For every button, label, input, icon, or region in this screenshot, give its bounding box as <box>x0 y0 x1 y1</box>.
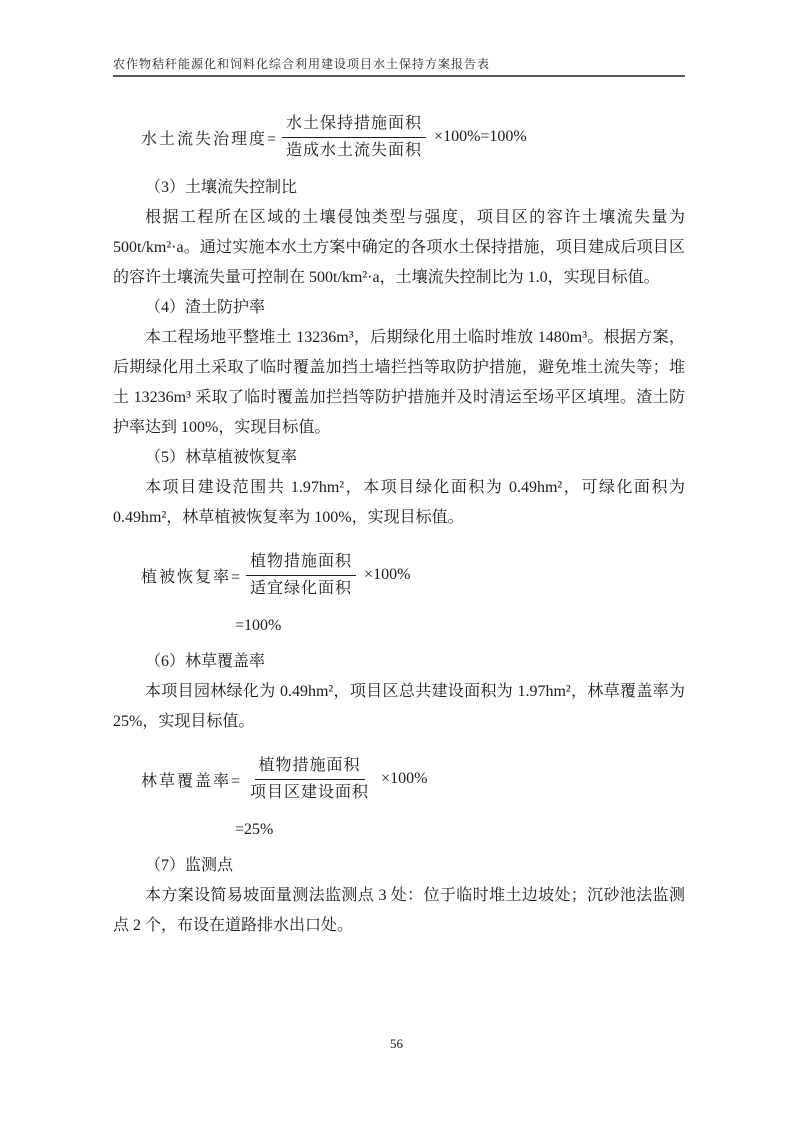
section-paragraph: 本项目园林绿化为 0.49hm²，项目区总共建设面积为 1.97hm²，林草覆盖… <box>113 677 685 737</box>
document-title: 农作物秸秆能源化和饲料化综合利用建设项目水土保持方案报告表 <box>113 57 490 71</box>
section-heading-monitoring-points: （7）监测点 <box>145 851 685 881</box>
formula-label: 水土流失治理度= <box>141 126 278 149</box>
formula-vegetation-recovery-rate: 植被恢复率= 植物措施面积 适宜绿化面积 ×100% <box>141 549 685 601</box>
fraction-denominator: 适宜绿化面积 <box>246 576 356 600</box>
formula-label: 林草覆盖率= <box>141 768 242 791</box>
page-footer: 56 <box>0 1036 793 1052</box>
section-paragraph: 本项目建设范围共 1.97hm²，本项目绿化面积为 0.49hm²，可绿化面积为… <box>113 473 685 533</box>
formula-multiplier: ×100% <box>364 566 410 584</box>
formula-multiplier: ×100%=100% <box>434 128 527 146</box>
formula-result: =100% <box>235 611 685 641</box>
section-heading-vegetation-recovery-rate: （5）林草植被恢复率 <box>145 443 685 473</box>
document-page: 农作物秸秆能源化和饲料化综合利用建设项目水土保持方案报告表 水土流失治理度= 水… <box>0 0 793 1122</box>
section-paragraph: 根据工程所在区域的土壤侵蚀类型与强度，项目区的容许土壤流失量为 500t/km²… <box>113 203 685 293</box>
section-paragraph: 本工程场地平整堆土 13236m³，后期绿化用土临时堆放 1480m³。根据方案… <box>113 323 685 443</box>
formula-soil-erosion-treatment-degree: 水土流失治理度= 水土保持措施面积 造成水土流失面积 ×100%=100% <box>141 111 685 163</box>
formula-label: 植被恢复率= <box>141 564 242 587</box>
section-paragraph: 本方案设简易坡面量测法监测点 3 处：位于临时堆土边坡处；沉砂池法监测点 2 个… <box>113 881 685 941</box>
page-header: 农作物秸秆能源化和饲料化综合利用建设项目水土保持方案报告表 <box>113 55 685 77</box>
fraction-denominator: 项目区建设面积 <box>246 780 373 804</box>
fraction-denominator: 造成水土流失面积 <box>282 138 426 162</box>
fraction-numerator: 植物措施面积 <box>246 550 356 576</box>
section-heading-soil-loss-control-ratio: （3）土壤流失控制比 <box>145 173 685 203</box>
fraction-numerator: 水土保持措施面积 <box>282 112 426 138</box>
formula-result: =25% <box>235 815 685 845</box>
fraction: 水土保持措施面积 造成水土流失面积 <box>282 112 426 162</box>
formula-forest-grass-coverage: 林草覆盖率= 植物措施面积 项目区建设面积 ×100% <box>141 753 685 805</box>
section-heading-spoil-protection-rate: （4）渣土防护率 <box>145 293 685 323</box>
page-number: 56 <box>390 1036 403 1051</box>
section-heading-forest-grass-coverage: （6）林草覆盖率 <box>145 647 685 677</box>
fraction: 植物措施面积 项目区建设面积 <box>246 754 373 804</box>
fraction: 植物措施面积 适宜绿化面积 <box>246 550 356 600</box>
fraction-numerator: 植物措施面积 <box>255 754 365 780</box>
formula-multiplier: ×100% <box>381 770 427 788</box>
